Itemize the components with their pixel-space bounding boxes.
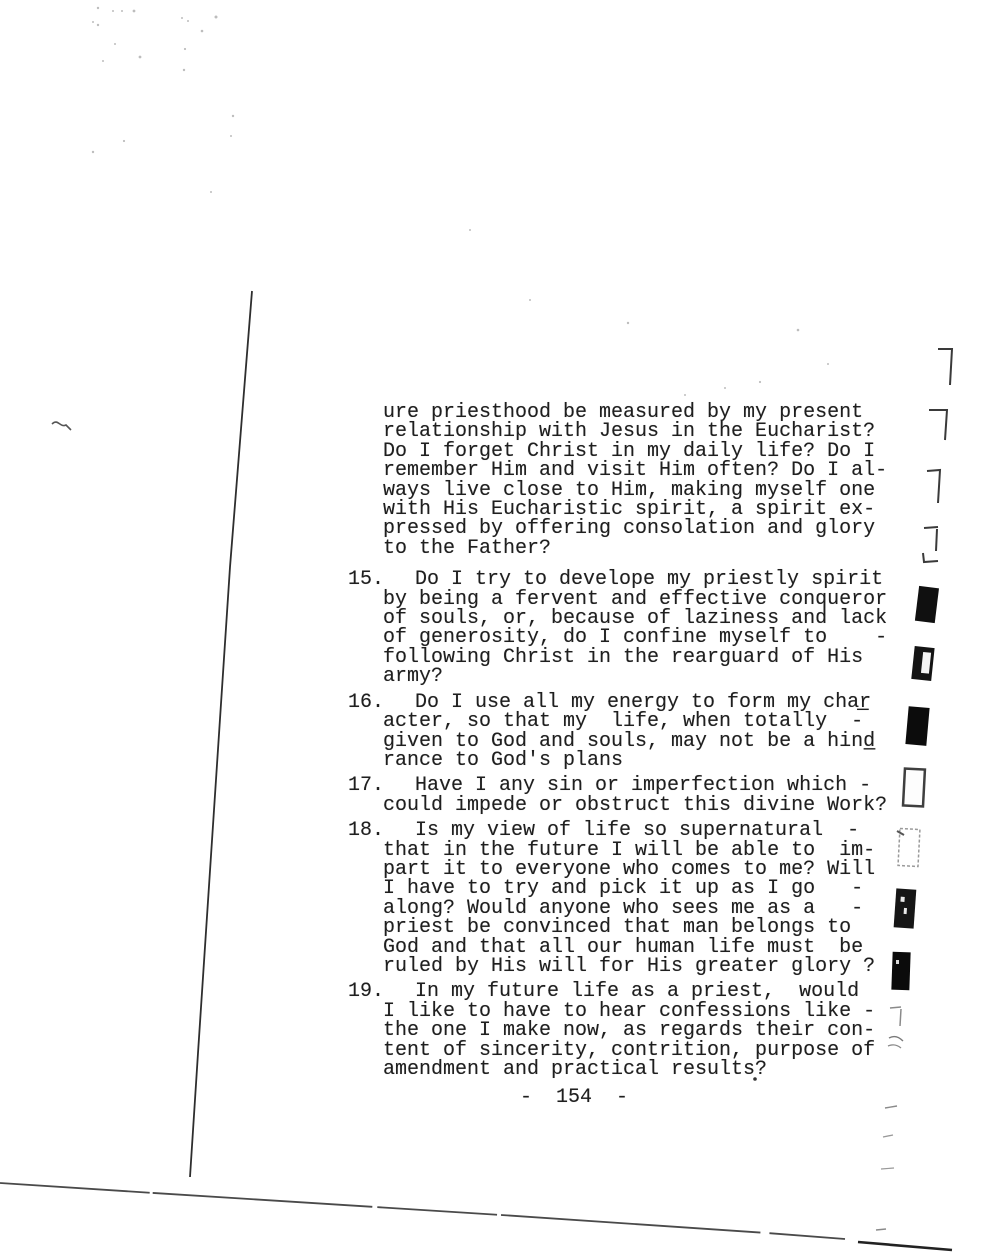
- question-list: 15.Do I try to develope my priestly spir…: [348, 570, 948, 1079]
- text-line: of generosity, do I confine myself to -: [383, 628, 948, 647]
- document-text-column: ure priesthood be measured by my present…: [348, 403, 948, 1085]
- question-item: 17.Have I any sin or imperfection which …: [348, 776, 948, 815]
- text-line: acter, so that my life, when totally -: [383, 712, 948, 731]
- left-squiggle-mark: [52, 422, 71, 430]
- text-line: Have I any sin or imperfection which -: [383, 776, 948, 795]
- faint-mark: [876, 1229, 886, 1230]
- question-number: 18.: [348, 821, 383, 976]
- text-line: Is my view of life so supernatural -: [383, 821, 948, 840]
- bracket-mark: [938, 349, 952, 385]
- text-line: the one I make now, as regards their con…: [383, 1021, 948, 1040]
- text-line: amendment and practical results?: [383, 1060, 948, 1079]
- page-bottom-edge-line: [0, 1183, 845, 1239]
- text-line: to the Father?: [383, 539, 948, 558]
- text-line: ruled by His will for His greater glory …: [383, 957, 948, 976]
- question-item: 19.In my future life as a priest, wouldI…: [348, 982, 948, 1079]
- question-text: Is my view of life so supernatural -that…: [383, 821, 948, 976]
- question-number: 15.: [348, 570, 383, 686]
- question-item: 15.Do I try to develope my priestly spir…: [348, 570, 948, 686]
- question-text: Do I try to develope my priestly spiritb…: [383, 570, 948, 686]
- page-number: - 154 -: [520, 1086, 628, 1109]
- question-text: In my future life as a priest, wouldI li…: [383, 982, 948, 1079]
- question-text: Do I use all my energy to form my char̲a…: [383, 693, 948, 771]
- question-number: 17.: [348, 776, 383, 815]
- text-line: army?: [383, 667, 948, 686]
- text-line: relationship with Jesus in the Eucharist…: [383, 422, 948, 441]
- faint-mark: [883, 1135, 893, 1137]
- text-line: pressed by offering consolation and glor…: [383, 519, 948, 538]
- spine-edge-line: [190, 291, 252, 1177]
- question-item: 18.Is my view of life so supernatural -t…: [348, 821, 948, 976]
- question-text: Have I any sin or imperfection which -co…: [383, 776, 948, 815]
- faint-mark: [881, 1168, 894, 1169]
- scanned-document-page: ure priesthood be measured by my present…: [0, 0, 1008, 1256]
- page-bottom-edge-dash: [858, 1242, 952, 1250]
- question-number: 16.: [348, 693, 383, 771]
- intro-paragraph: ure priesthood be measured by my present…: [383, 403, 948, 558]
- text-line: rance to God's plans: [383, 751, 948, 770]
- question-item: 16.Do I use all my energy to form my cha…: [348, 693, 948, 771]
- text-line: following Christ in the rearguard of His: [383, 648, 948, 667]
- text-line: remember Him and visit Him often? Do I a…: [383, 461, 948, 480]
- text-line: In my future life as a priest, would: [383, 982, 948, 1001]
- question-number: 19.: [348, 982, 383, 1079]
- text-line: could impede or obstruct this divine Wor…: [383, 796, 948, 815]
- speckle-noise: [92, 7, 829, 396]
- text-line: Do I try to develope my priestly spirit: [383, 570, 948, 589]
- text-line: given to God and souls, may not be a hin…: [383, 732, 948, 751]
- text-line: I have to try and pick it up as I go -: [383, 879, 948, 898]
- text-line: priest be convinced that man belongs to: [383, 918, 948, 937]
- faint-mark: [885, 1106, 897, 1108]
